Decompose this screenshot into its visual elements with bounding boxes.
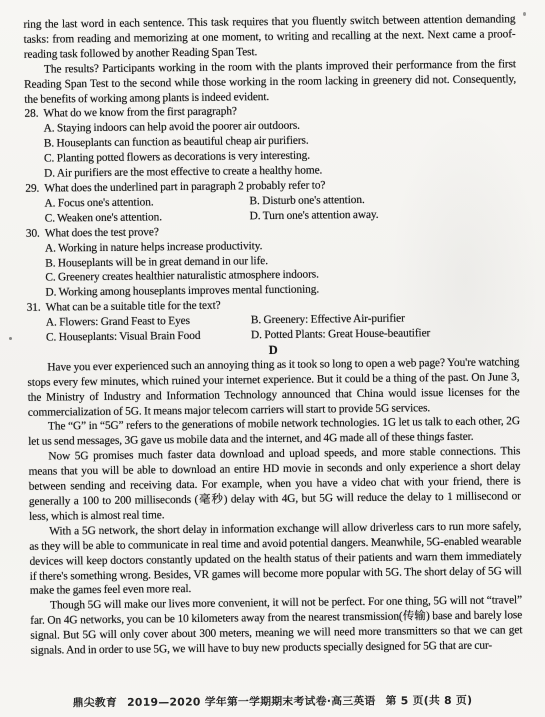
footer-publisher: 鼎尖教育	[73, 696, 117, 709]
question-28: 28. What do we know from the first parag…	[24, 102, 517, 182]
question-30: 30. What does the test prove? A. Working…	[26, 221, 519, 301]
scan-speck	[9, 337, 12, 340]
question-28-options: A. Staying indoors can help avoid the po…	[25, 117, 518, 182]
passage-d-paragraph-3: Now 5G promises much faster data downloa…	[28, 444, 521, 524]
question-29: 29. What does the underlined part in par…	[25, 176, 517, 226]
passage-continuation-paragraph: ring the last word in each sentence. Thi…	[23, 12, 515, 62]
footer-page-number: 第 5 页(共 8 页)	[386, 694, 473, 708]
scan-speck	[523, 12, 526, 16]
passage-results-paragraph: The results? Participants working in the…	[24, 57, 516, 107]
question-31-options: A. Flowers: Grand Feast to Eyes B. Green…	[27, 310, 519, 345]
question-31-option-c: C. Houseplants: Visual Brain Food	[46, 328, 251, 345]
passage-d-paragraph-4: With a 5G network, the short delay in in…	[29, 519, 522, 599]
passage-d-paragraph-1: Have you ever experienced such an annoyi…	[27, 355, 520, 420]
question-31-number: 31.	[27, 301, 46, 316]
passage-d-paragraph-5: Though 5G will make our lives more conve…	[30, 594, 523, 659]
page-content: ring the last word in each sentence. Thi…	[23, 12, 522, 659]
page-footer: 鼎尖教育2019—2020 学年第一学期期末考试卷·高三英语第 5 页(共 8 …	[0, 692, 545, 710]
question-30-options: A. Working in nature helps increase prod…	[26, 236, 519, 301]
footer-exam-title: 2019—2020 学年第一学期期末考试卷·高三英语	[127, 694, 376, 709]
question-30-number: 30.	[26, 226, 45, 241]
question-28-number: 28.	[24, 107, 43, 122]
question-29-number: 29.	[25, 182, 44, 197]
question-31-option-d: D. Potted Plants: Great House-beautifier	[251, 325, 519, 343]
question-31: 31. What can be a suitable title for the…	[27, 295, 519, 345]
exam-page-scan: ring the last word in each sentence. Thi…	[0, 0, 545, 717]
